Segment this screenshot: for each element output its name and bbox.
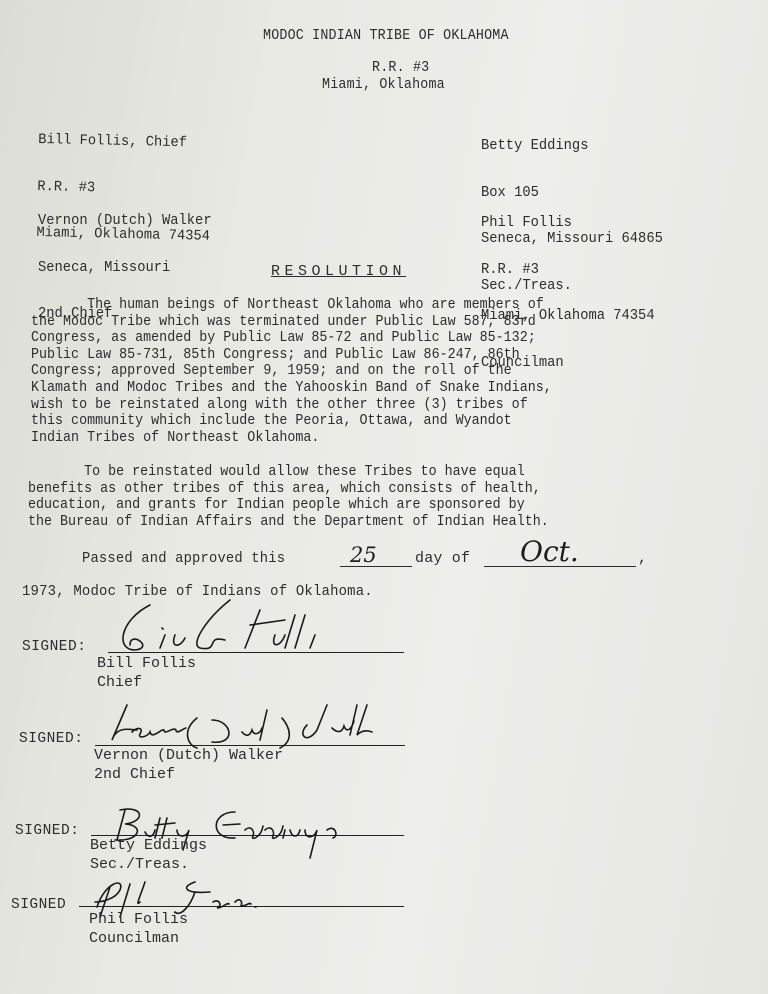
signed-label: SIGNED [11, 897, 66, 913]
signer-title: Councilman [89, 929, 179, 948]
organization-title: MODOC INDIAN TRIBE OF OKLAHOMA [263, 28, 509, 44]
signer-title: 2nd Chief [94, 765, 175, 784]
comma: , [638, 551, 647, 567]
signed-label: SIGNED: [19, 731, 83, 747]
signed-label: SIGNED: [15, 823, 79, 839]
letterhead-address-line2: Miami, Oklahoma [322, 77, 445, 93]
signed-label: SIGNED: [22, 639, 86, 655]
signature-bill-follis [110, 590, 370, 660]
resolution-paragraph-2: To be reinstated would allow these Tribe… [28, 464, 549, 530]
letterhead-address-line1: R.R. #3 [372, 60, 429, 76]
officer-line: R.R. #3 [481, 263, 655, 279]
officer-line: Phil Follis [481, 216, 655, 232]
signer-name: Phil Follis [89, 910, 188, 929]
officer-line: Seneca, Missouri [38, 261, 212, 277]
officer-line: Betty Eddings [481, 139, 663, 155]
passed-text: Passed and approved this [82, 551, 285, 567]
month-handwritten: Oct. [520, 535, 579, 568]
resolution-heading: RESOLUTION [271, 264, 406, 280]
resolution-paragraph-1: The human beings of Northeast Oklahoma w… [31, 297, 552, 446]
signer-name: Bill Follis [97, 654, 196, 673]
officer-line: Vernon (Dutch) Walker [38, 214, 212, 230]
officer-line: Bill Follis, Chief [38, 133, 212, 152]
signer-name: Vernon (Dutch) Walker [94, 746, 283, 765]
day-of-text: day of [415, 551, 470, 567]
signer-name: Betty Eddings [90, 836, 207, 855]
day-handwritten: 25 [350, 543, 377, 567]
